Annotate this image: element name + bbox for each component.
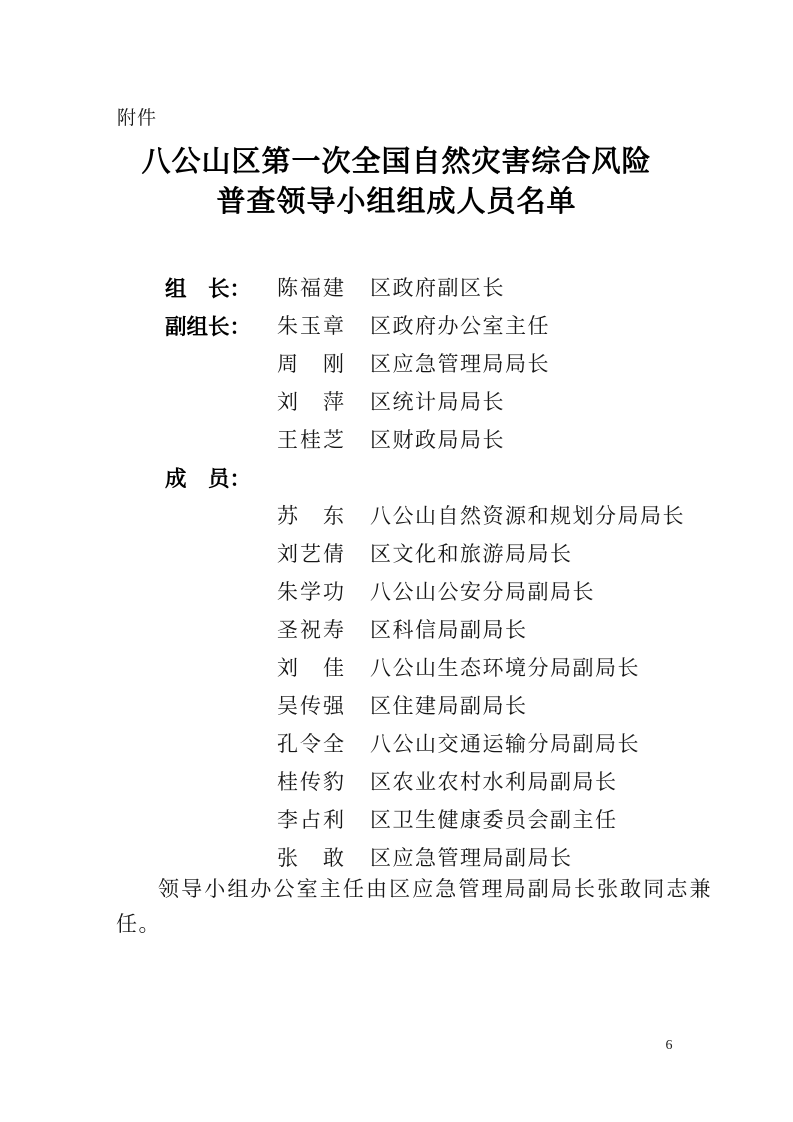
member-title: 区卫生健康委员会副主任 bbox=[370, 804, 618, 834]
member-title: 八公山交通运输分局副局长 bbox=[370, 728, 640, 758]
role-label: 副组长： bbox=[165, 310, 277, 341]
member-name: 苏 东 bbox=[277, 500, 349, 530]
member-name: 桂传豹 bbox=[277, 766, 349, 796]
attachment-label: 附件 bbox=[117, 103, 157, 130]
roster-row: 刘艺倩区文化和旅游局局长 bbox=[165, 534, 725, 572]
roster-row: 副组长：朱玉章区政府办公室主任 bbox=[165, 306, 725, 344]
member-title: 区住建局副局长 bbox=[370, 690, 528, 720]
member-name: 周 刚 bbox=[277, 348, 349, 378]
document-title: 八公山区第一次全国自然灾害综合风险 普查领导小组组成人员名单 bbox=[0, 142, 793, 222]
member-title: 区农业农村水利局副局长 bbox=[370, 766, 618, 796]
role-label: 组 长： bbox=[165, 272, 277, 303]
member-name: 刘艺倩 bbox=[277, 538, 349, 568]
member-name: 李占利 bbox=[277, 804, 349, 834]
role-label: 成 员： bbox=[165, 462, 277, 493]
member-title: 区应急管理局副局长 bbox=[370, 842, 573, 872]
roster-row: 苏 东八公山自然资源和规划分局局长 bbox=[165, 496, 725, 534]
member-name: 陈福建 bbox=[277, 272, 349, 302]
member-title: 八公山生态环境分局副局长 bbox=[370, 652, 640, 682]
member-title: 区应急管理局局长 bbox=[370, 348, 550, 378]
member-name: 朱学功 bbox=[277, 576, 349, 606]
member-title: 八公山自然资源和规划分局局长 bbox=[370, 500, 685, 530]
member-name: 张 敢 bbox=[277, 842, 349, 872]
member-name: 王桂芝 bbox=[277, 424, 349, 454]
roster-list: 组 长：陈福建区政府副区长副组长：朱玉章区政府办公室主任周 刚区应急管理局局长刘… bbox=[165, 268, 725, 876]
member-name: 圣祝寿 bbox=[277, 614, 349, 644]
member-title: 区文化和旅游局局长 bbox=[370, 538, 573, 568]
roster-row: 朱学功八公山公安分局副局长 bbox=[165, 572, 725, 610]
document-title-line2: 普查领导小组组成人员名单 bbox=[0, 182, 793, 222]
roster-row: 桂传豹区农业农村水利局副局长 bbox=[165, 762, 725, 800]
member-name: 吴传强 bbox=[277, 690, 349, 720]
member-name: 刘 佳 bbox=[277, 652, 349, 682]
member-title: 区统计局局长 bbox=[370, 386, 505, 416]
roster-row: 圣祝寿区科信局副局长 bbox=[165, 610, 725, 648]
member-title: 区政府副区长 bbox=[370, 272, 505, 302]
roster-row: 周 刚区应急管理局局长 bbox=[165, 344, 725, 382]
member-name: 孔令全 bbox=[277, 728, 349, 758]
member-title: 区政府办公室主任 bbox=[370, 310, 550, 340]
roster-row: 刘 萍区统计局局长 bbox=[165, 382, 725, 420]
roster-row: 组 长：陈福建区政府副区长 bbox=[165, 268, 725, 306]
member-name: 朱玉章 bbox=[277, 310, 349, 340]
roster-row: 成 员： bbox=[165, 458, 725, 496]
member-title: 八公山公安分局副局长 bbox=[370, 576, 595, 606]
member-name: 刘 萍 bbox=[277, 386, 349, 416]
roster-row: 孔令全八公山交通运输分局副局长 bbox=[165, 724, 725, 762]
member-title: 区科信局副局长 bbox=[370, 614, 528, 644]
closing-paragraph: 领导小组办公室主任由区应急管理局副局长张敢同志兼任。 bbox=[116, 872, 712, 942]
roster-row: 刘 佳八公山生态环境分局副局长 bbox=[165, 648, 725, 686]
roster-row: 吴传强区住建局副局长 bbox=[165, 686, 725, 724]
roster-row: 李占利区卫生健康委员会副主任 bbox=[165, 800, 725, 838]
roster-row: 王桂芝区财政局局长 bbox=[165, 420, 725, 458]
document-page: 附件 八公山区第一次全国自然灾害综合风险 普查领导小组组成人员名单 组 长：陈福… bbox=[0, 0, 793, 1122]
member-title: 区财政局局长 bbox=[370, 424, 505, 454]
page-number: 6 bbox=[662, 1038, 676, 1054]
document-title-line1: 八公山区第一次全国自然灾害综合风险 bbox=[0, 142, 793, 182]
roster-row: 张 敢区应急管理局副局长 bbox=[165, 838, 725, 876]
